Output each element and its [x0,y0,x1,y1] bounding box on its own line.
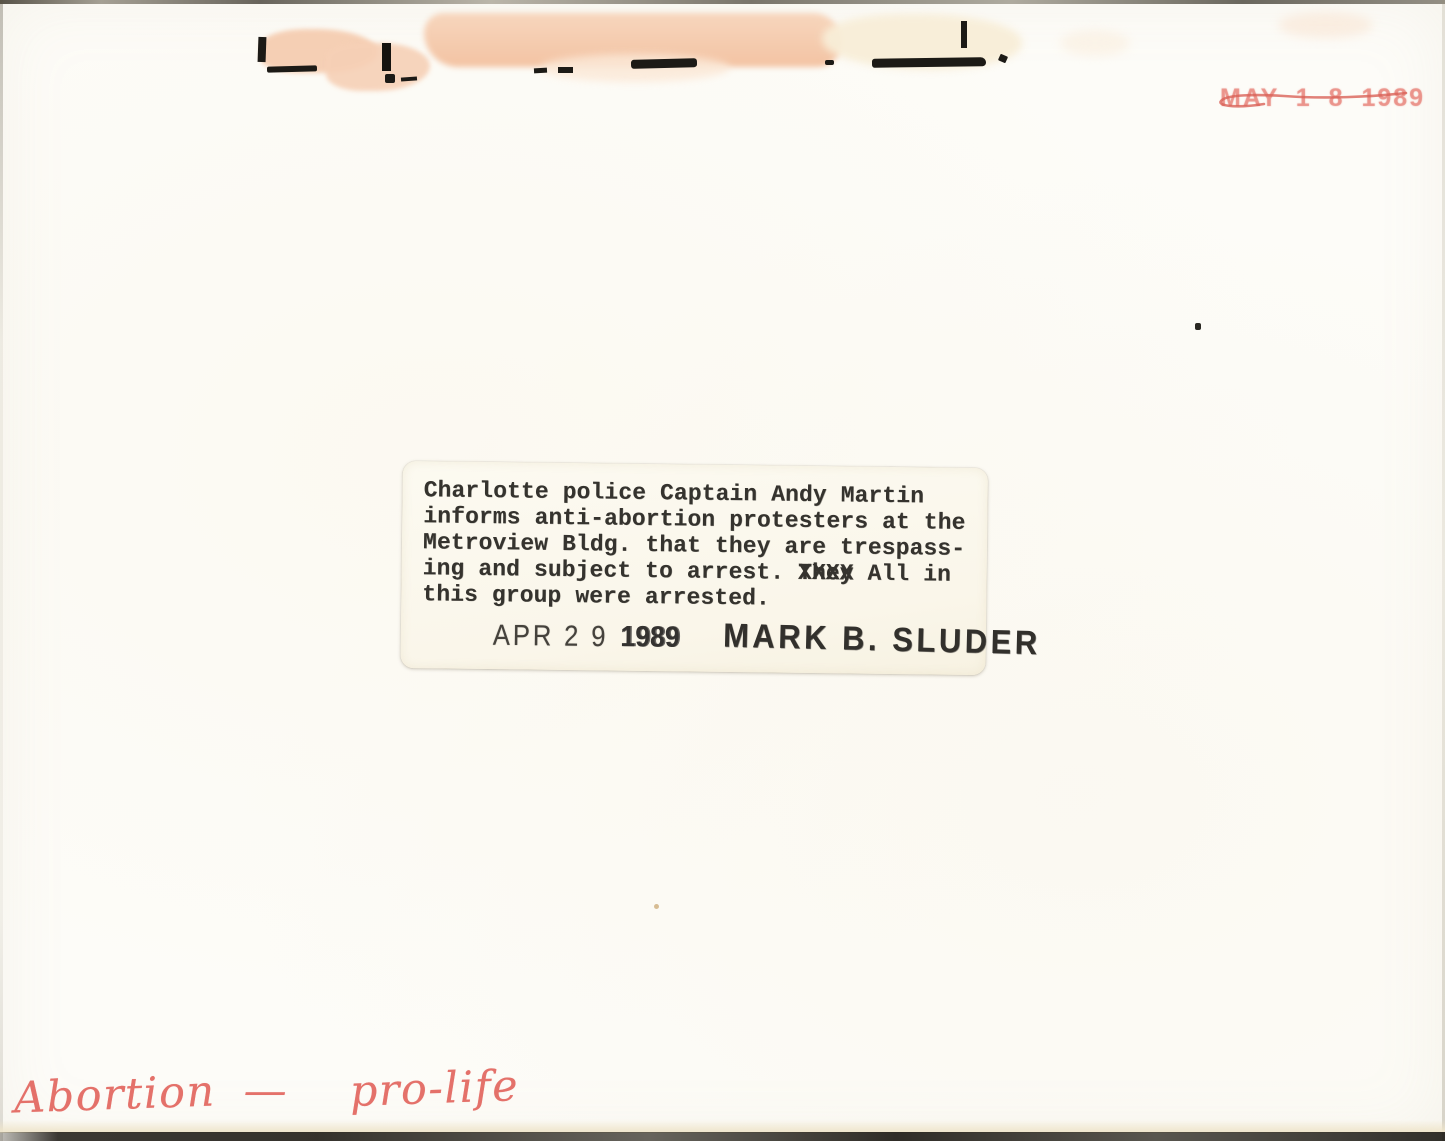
stamp-row: APR 2 9 1989 MARK B. SLUDER [422,617,986,655]
tape-patch [326,43,430,91]
bottom-edge-shadow [0,1132,1445,1141]
left-edge-shadow [0,0,3,1141]
overstrike-x: XXXX [798,560,854,587]
handwritten-note: Abortion — pro-life [14,1070,520,1120]
overtyped-word: TheyXXXX [798,560,854,587]
ink-mark [961,21,967,48]
top-edge-shadow [0,0,1445,4]
date-stamp-year: 1989 [620,622,680,652]
date-stamp: APR 2 9 [493,621,609,652]
ink-mark [382,43,391,71]
caption-sticker: Charlotte police Captain Andy Martin inf… [400,461,987,675]
ink-mark [872,57,986,68]
ink-mark [258,37,267,62]
ink-mark [385,74,395,83]
dust-speck [654,904,659,909]
ink-mark [825,60,834,65]
photo-back-scan: MAY 1 8 1989 Charlotte police Captain An… [0,0,1445,1141]
handwritten-word: Abortion [13,1066,216,1123]
handwritten-word: pro-life [349,1061,520,1117]
ink-mark [558,67,573,73]
ink-speck [1195,323,1201,330]
handwritten-dash: — [244,1066,289,1116]
tape-patch [1278,12,1373,38]
ink-mark [631,58,697,69]
received-date-stamp: MAY 1 8 1989 [1212,80,1412,124]
caption-line-4-after: All in [853,561,951,588]
tape-patch [1060,30,1130,56]
strike-line [1212,80,1412,124]
ink-mark [534,68,547,74]
photographer-stamp: MARK B. SLUDER [723,618,1041,659]
